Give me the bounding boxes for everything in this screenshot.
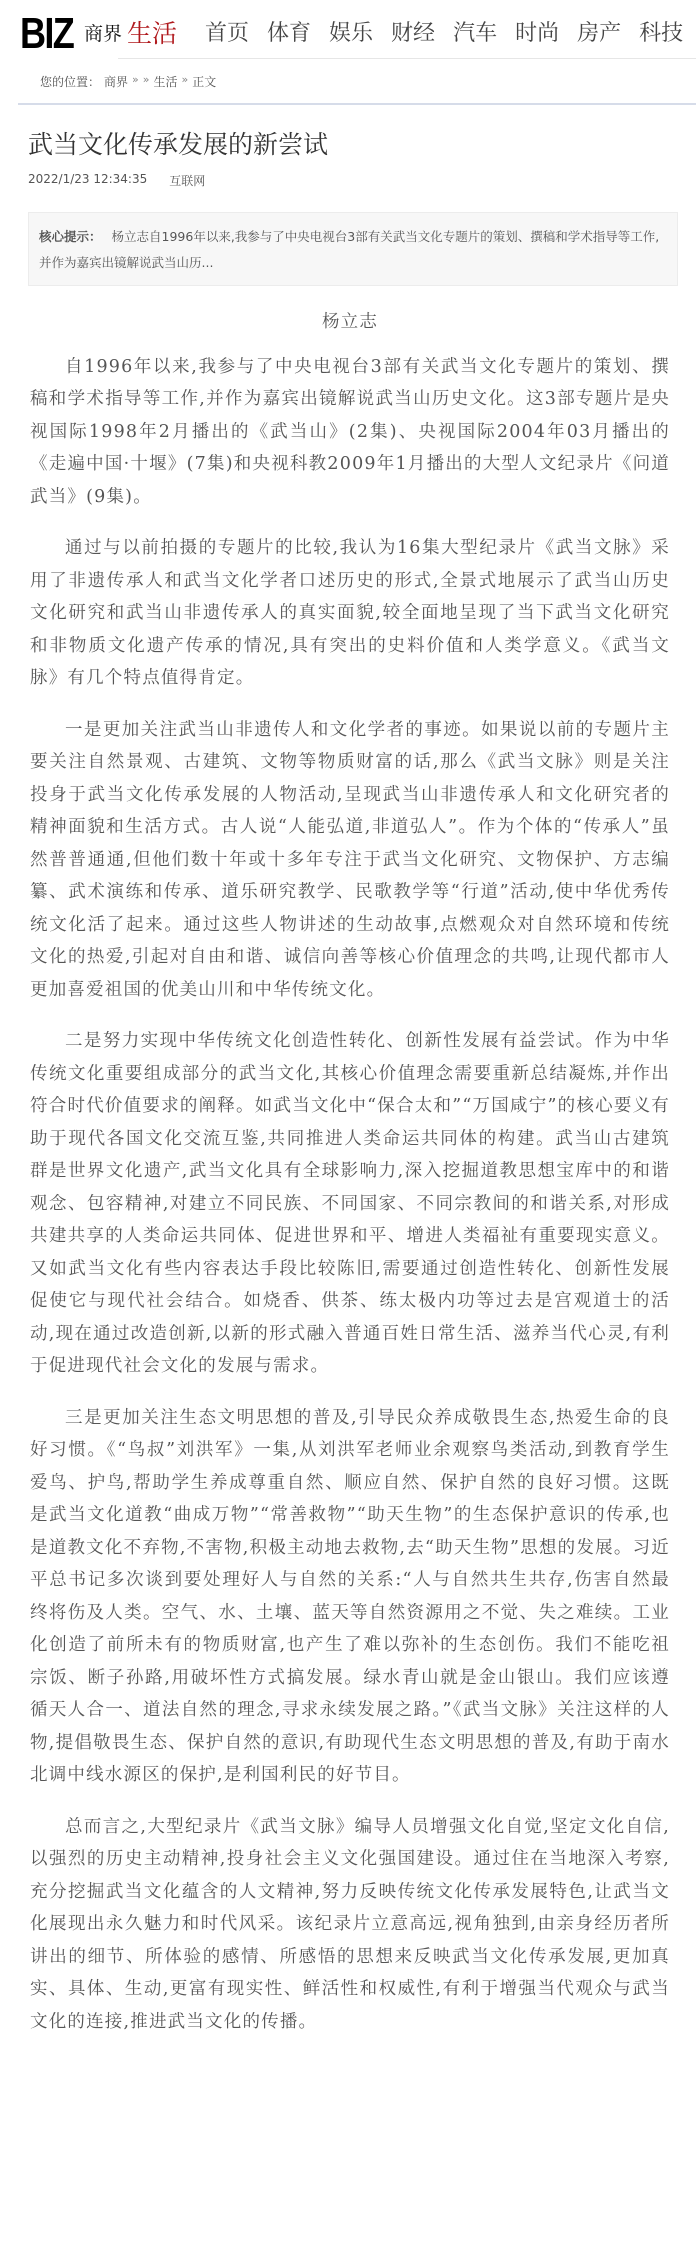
nav-item-sports[interactable]: 体育 [267,14,311,54]
breadcrumb-separator: » [182,73,189,90]
article-title: 武当文化传承发展的新尝试 [28,125,328,161]
nav-item-fashion[interactable]: 时尚 [515,14,559,54]
main-nav: 首页 体育 娱乐 财经 汽车 时尚 房产 科技 [205,14,696,54]
article-meta: 2022/1/23 12:34:35 互联网 [28,172,205,189]
breadcrumb: 您的位置： 商界 » » 生活 » 正文 [40,73,216,90]
breadcrumb-divider [18,103,696,105]
nav-item-home[interactable]: 首页 [205,14,249,54]
breadcrumb-current: 正文 [192,73,216,90]
logo-biz-text: BIZ [20,14,68,54]
logo-cn-text: 商界 [84,14,122,54]
article-paragraph: 二是努力实现中华传统文化创造性转化、创新性发展有益尝试。作为中华传统文化重要组成… [30,1025,670,1383]
article-source: 互联网 [169,172,205,189]
breadcrumb-separator: » [132,73,139,90]
article-author: 杨立志 [30,306,670,339]
nav-item-auto[interactable]: 汽车 [453,14,497,54]
nav-item-tech[interactable]: 科技 [639,14,683,54]
core-summary-box: 核心提示：杨立志自1996年以来,我参与了中央电视台3部有关武当文化专题片的策划… [28,212,678,286]
channel-label[interactable]: 生活 [127,14,177,54]
site-logo[interactable]: BIZ 商界 [20,14,122,54]
nav-item-finance[interactable]: 财经 [391,14,435,54]
article-paragraph: 通过与以前拍摄的专题片的比较,我认为16集大型纪录片《武当文脉》采用了非遗传承人… [30,532,670,695]
article-date: 2022/1/23 12:34:35 [28,172,147,189]
nav-divider [118,58,696,59]
summary-text: 杨立志自1996年以来,我参与了中央电视台3部有关武当文化专题片的策划、撰稿和学… [39,229,659,270]
summary-label: 核心提示： [39,229,102,244]
article-paragraph: 一是更加关注武当山非遗传人和文化学者的事迹。如果说以前的专题片主要关注自然景观、… [30,714,670,1007]
breadcrumb-link-channel[interactable]: 生活 [154,73,178,90]
article-body: 杨立志 自1996年以来,我参与了中央电视台3部有关武当文化专题片的策划、撰稿和… [30,306,670,2057]
nav-item-realestate[interactable]: 房产 [577,14,621,54]
breadcrumb-prefix: 您的位置： [40,73,100,90]
article-paragraph: 自1996年以来,我参与了中央电视台3部有关武当文化专题片的策划、撰稿和学术指导… [30,351,670,514]
site-header: BIZ 商界 生活 首页 体育 娱乐 财经 汽车 时尚 房产 科技 [0,0,696,62]
nav-item-entertainment[interactable]: 娱乐 [329,14,373,54]
article-paragraph: 总而言之,大型纪录片《武当文脉》编导人员增强文化自觉,坚定文化自信,以强烈的历史… [30,1811,670,2039]
breadcrumb-link-home[interactable]: 商界 [104,73,128,90]
article-paragraph: 三是更加关注生态文明思想的普及,引导民众养成敬畏生态,热爱生命的良好习惯。《“鸟… [30,1402,670,1792]
breadcrumb-separator: » [143,73,150,90]
